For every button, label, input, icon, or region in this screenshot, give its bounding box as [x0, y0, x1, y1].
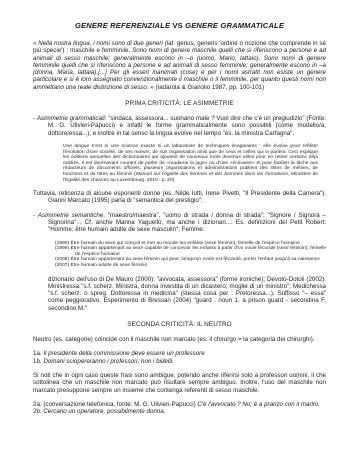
french-quote-citation: Manuel sur l'égalité des femmes et des h… [136, 172, 288, 177]
document-title: GENERE REFERENZIALE VS GENERE GRAMMATICA… [33, 21, 326, 30]
example-label: 2b. [33, 408, 43, 415]
bullet-asimmetrie-grammaticali: - Asimmetrie grammaticali: "sindaca, ass… [33, 115, 326, 137]
example-text: C'è l'avvocato ? No, è a pranzo con il m… [197, 401, 319, 408]
french-blockquote: Une langue n'est ni une science exacte n… [63, 144, 318, 183]
definition-year: (1996) [55, 246, 69, 251]
example-text: Domani sciopereranno i professori, non i… [43, 358, 173, 365]
example-2b: 2b. Cercano un operatore, possibilmente … [33, 408, 326, 415]
example-1a: 1a. Il presidente della commissione deve… [33, 350, 326, 357]
bullet2-lead: Asimmetrie semantiche [38, 212, 103, 219]
definition-text: Être humain du sexe qui conçoit et met a… [71, 241, 300, 246]
definition-text: Être humain appartenant au sexe féminin … [71, 257, 320, 262]
intro-quote-citation: (Iadarola & Gianolio 1987, pp. 100-101) [155, 84, 264, 91]
title-part1: GENERE REFERENZIALE [75, 21, 170, 30]
bullet-asimmetrie-semantiche: - Asimmetrie semantiche: "maestro/maestr… [33, 212, 326, 234]
definition-year: (2006) [55, 257, 69, 262]
definition-year: (1990) [55, 241, 69, 246]
definition-year: (2007) [55, 263, 69, 268]
title-vs: VS [170, 21, 185, 30]
section-heading-asimmetrie: PRIMA CRITICITÀ: LE ASIMMETRIE [33, 100, 326, 107]
paragraph-dizionari: dizionario dell'uso di De Mauro (2000): … [48, 276, 326, 312]
example-group-1: 1a. Il presidente della commissione deve… [33, 350, 326, 365]
paragraph-si-noti: Si noti che in ogni caso queste frasi so… [33, 372, 326, 394]
bullet1-lead: Asimmetrie grammaticali [37, 115, 105, 122]
intro-quote: « Nella nostra lingua, i nomi sono di du… [33, 40, 326, 91]
example-label: 1a. [33, 350, 43, 357]
example-label: 2a. (conversazione telefonica, fonte: M.… [33, 401, 197, 408]
example-label: 1b. [33, 358, 43, 365]
example-text: Il presidente della commissione deve ess… [43, 350, 204, 357]
definition-row: (2007) Être humain adulte de sexe fémini… [55, 263, 326, 269]
petit-robert-definition-list: (1990) Être humain du sexe qui conçoit e… [55, 241, 326, 269]
example-text: Cercano un operatore, possibilmente donn… [43, 408, 165, 415]
section-heading-neutro: SECONDA CRITICITÀ: IL NEUTRO [33, 321, 326, 328]
paragraph-tuttavia: Tuttavia, reticenza di alcune esponenti … [33, 190, 326, 205]
paragraph-neutro: Neutro (es. categorie) coincide con il m… [33, 336, 326, 343]
example-group-2: 2a. (conversazione telefonica, fonte: M.… [33, 401, 326, 416]
title-part2: GENERE GRAMMATICALE [185, 21, 284, 30]
document-page: GENERE REFERENZIALE VS GENERE GRAMMATICA… [0, 0, 360, 466]
intro-quote-seg1: « Nella nostra lingua, i nomi sono di du… [33, 40, 177, 47]
definition-text: Être humain adulte de sexe féminin [71, 263, 148, 268]
example-2a: 2a. (conversazione telefonica, fonte: M.… [33, 401, 326, 408]
definition-text: Être humain appartenant au sexe capable … [71, 246, 326, 257]
definition-row: (1996) Être humain appartenant au sexe c… [55, 246, 326, 257]
example-1b: 1b. Domani sciopereranno i professori, n… [33, 358, 326, 365]
